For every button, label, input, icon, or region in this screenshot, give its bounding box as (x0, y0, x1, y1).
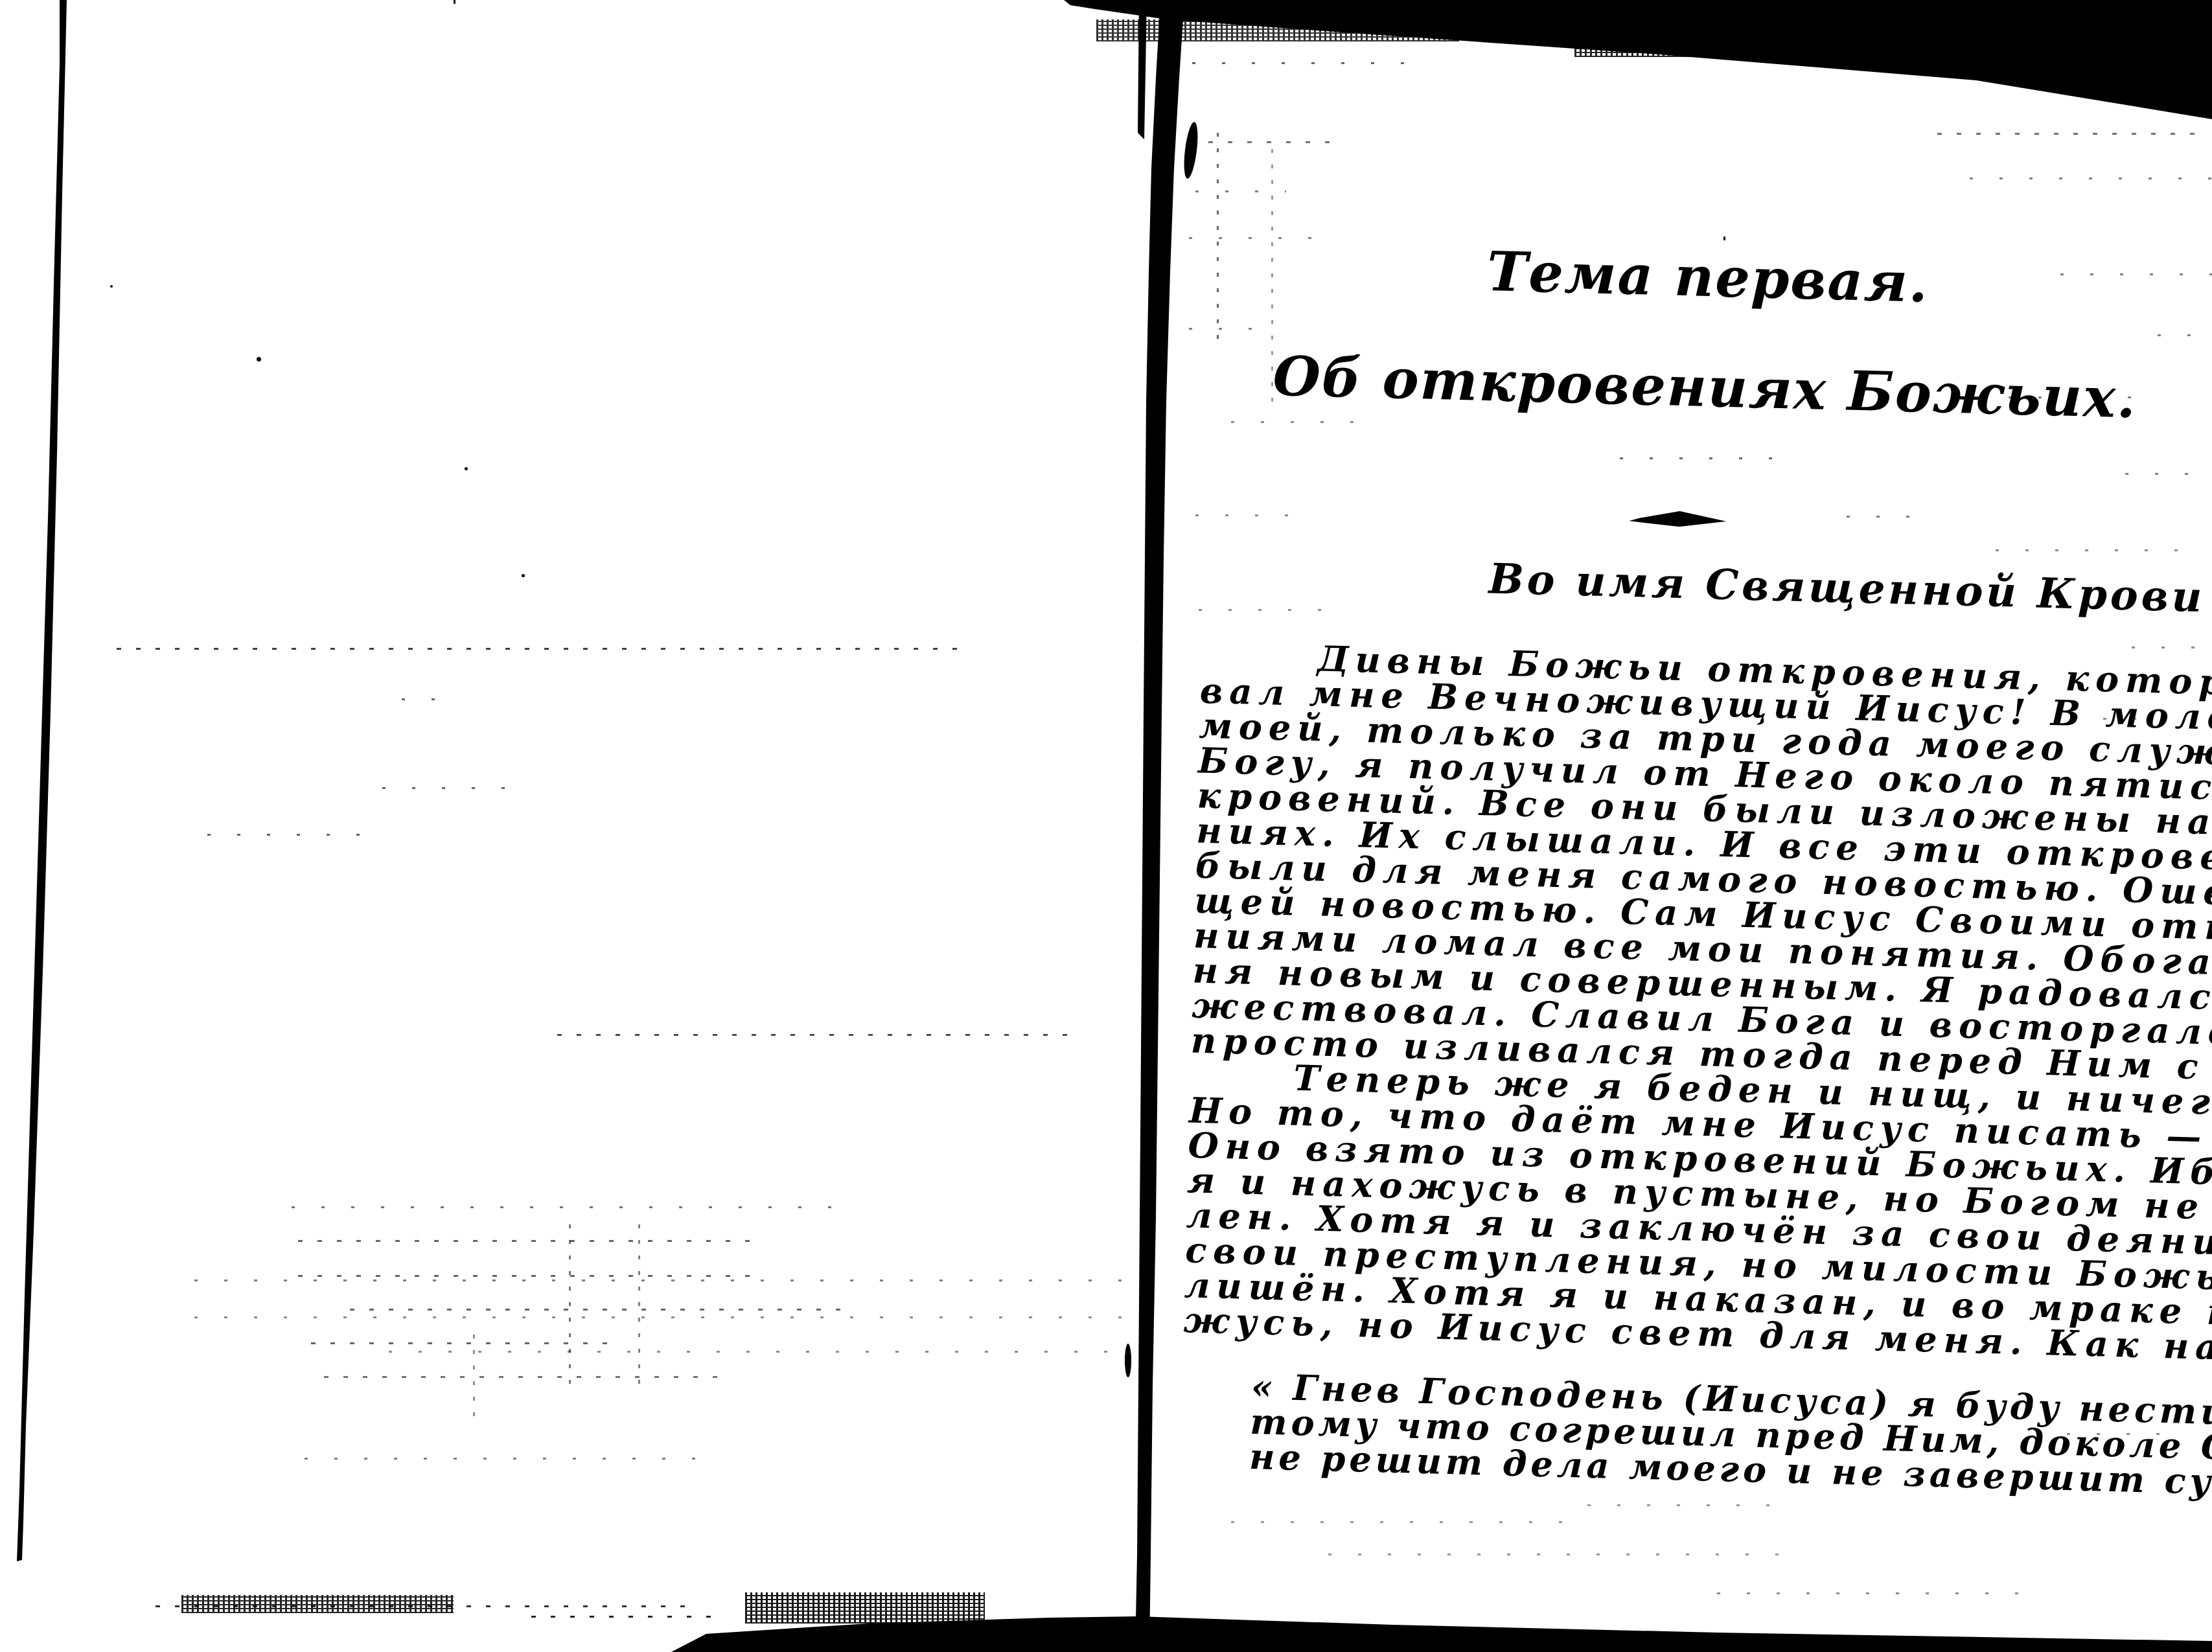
scan-artifact (473, 1335, 475, 1425)
scan-artifact (1189, 328, 1260, 330)
scan-artifact (1996, 549, 2190, 551)
scan-artifact (389, 1351, 1127, 1353)
scan-artifact (465, 467, 468, 470)
scan-artifact (305, 1458, 706, 1460)
scanned-book-spread: Тема первая. Об откровениях Божьих. Во и… (0, 0, 2212, 1652)
scan-artifact (2158, 334, 2212, 336)
scan-artifact (531, 1616, 713, 1618)
binding-ink-blob (1182, 121, 1201, 179)
scan-artifact (1970, 178, 2212, 179)
left-page-edge-line (17, 0, 67, 1561)
scan-artifact (1717, 1592, 2041, 1594)
scan-artifact (402, 698, 460, 700)
scan-artifact (1199, 609, 1341, 611)
scan-artifact (1195, 190, 1286, 192)
scan-artifact (194, 1279, 1127, 1281)
scan-artifact (117, 648, 972, 650)
scan-artifact (1847, 516, 1924, 518)
scan-artifact (522, 574, 525, 577)
scan-artifact (298, 1275, 752, 1277)
scan-artifact (1231, 1521, 1568, 1523)
scan-artifact (257, 357, 261, 361)
diamond-divider-icon (1629, 507, 1727, 533)
scan-artifact (324, 1376, 726, 1378)
scripture-quote: « Гнев Господень (Иисуса) я буду нести, … (1249, 1369, 2176, 1498)
scan-artifact (557, 1034, 1069, 1036)
scan-artifact (1587, 1504, 1782, 1506)
manuscript-body: Дивны Божьи откровения, которые да- вал … (1179, 638, 2195, 1498)
scan-artifact (1189, 141, 1338, 143)
scan-artifact (1937, 133, 2209, 135)
scan-artifact (569, 1224, 571, 1386)
section-divider (1629, 507, 1727, 535)
scan-artifact (207, 834, 363, 836)
scan-artifact (2132, 647, 2212, 648)
scan-artifact (1620, 457, 1788, 459)
scan-artifact (1096, 19, 1459, 41)
scan-artifact (1195, 514, 1299, 516)
scan-artifact (638, 1224, 640, 1386)
scan-artifact (110, 285, 113, 288)
book-binding (1135, 0, 1184, 1652)
scan-artifact (292, 1206, 849, 1208)
scan-artifact (181, 1595, 454, 1613)
scan-artifact (745, 1592, 985, 1623)
scan-artifact (1574, 31, 2028, 57)
scan-artifact (298, 1240, 752, 1242)
dedication-line: Во имя Священной Крови Иисуса. (1488, 555, 2212, 628)
binding-ink-blob-2 (1125, 1344, 1131, 1377)
top-scan-band (1064, 0, 2212, 119)
scan-artifact (1192, 62, 1425, 64)
scan-artifact (1328, 1554, 1782, 1555)
scan-artifact (194, 1316, 1127, 1318)
page-title-line-1: Тема первая. (1210, 232, 2206, 322)
scan-artifact (382, 787, 505, 789)
scan-artifact (350, 1309, 842, 1311)
page-title-line-2: Об откровениях Божьих. (1208, 342, 2203, 432)
scan-artifact (2125, 473, 2212, 475)
scan-artifact (454, 0, 455, 12)
scan-artifact (311, 1342, 609, 1344)
scan-artifact (1231, 421, 1354, 423)
